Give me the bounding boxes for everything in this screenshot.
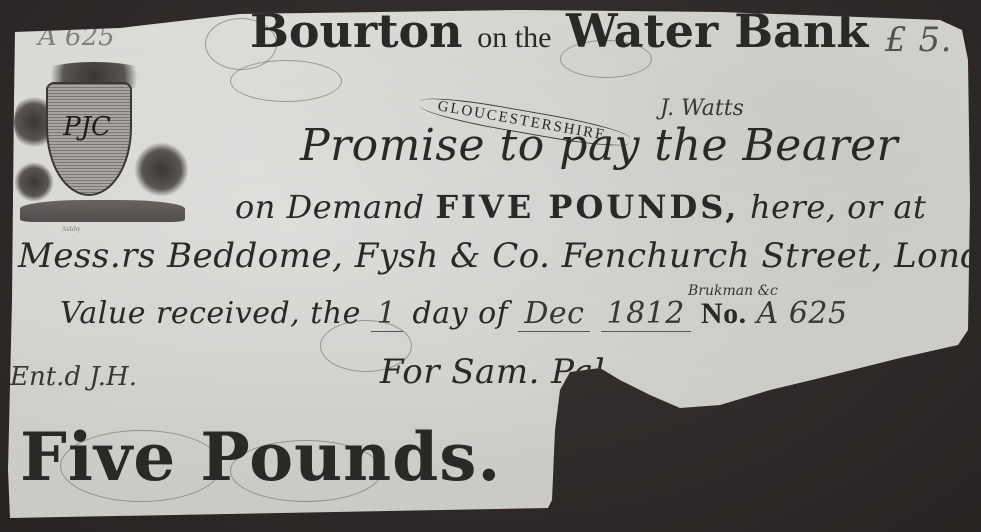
month: Dec [518,296,590,332]
vignette-base [20,200,185,222]
entered-line: Ent.d J.H. [10,362,137,392]
demand-amount: FIVE POUNDS, [435,188,739,226]
monogram-vignette: PJC [14,62,189,222]
entered-label: Ent.d [10,362,81,392]
engraver-credit: Ashby [62,226,81,233]
day-of: day of [413,296,509,331]
demand-line: on Demand FIVE POUNDS, here, or at [235,188,926,226]
flower-icon [14,162,54,202]
demand-prefix: on Demand [235,188,425,226]
date-line: Value received, the 1 day of Dec 1812 No… [60,296,848,331]
monogram: PJC [54,112,120,142]
signer-signature: J. Watts [660,96,744,121]
amount-in-words: Five Pounds. [20,418,501,496]
promise-line: Promise to pay the Bearer [300,120,898,171]
year: 1812 [601,296,691,332]
entered-initials: J.H. [89,362,137,392]
demand-suffix: here, or at [750,188,926,226]
agents-line: Mess.rs Beddome, Fysh & Co. Fenchurch St… [18,236,981,276]
bank-name-part2: on the [477,21,551,54]
flourish [230,60,342,102]
serial-number: A 625 [757,296,848,331]
number-label: No. [701,297,747,330]
flower-icon [134,142,189,197]
value-received: Value received, the [60,296,361,331]
amount-top: £ 5. [885,20,952,60]
day: 1 [371,296,403,332]
